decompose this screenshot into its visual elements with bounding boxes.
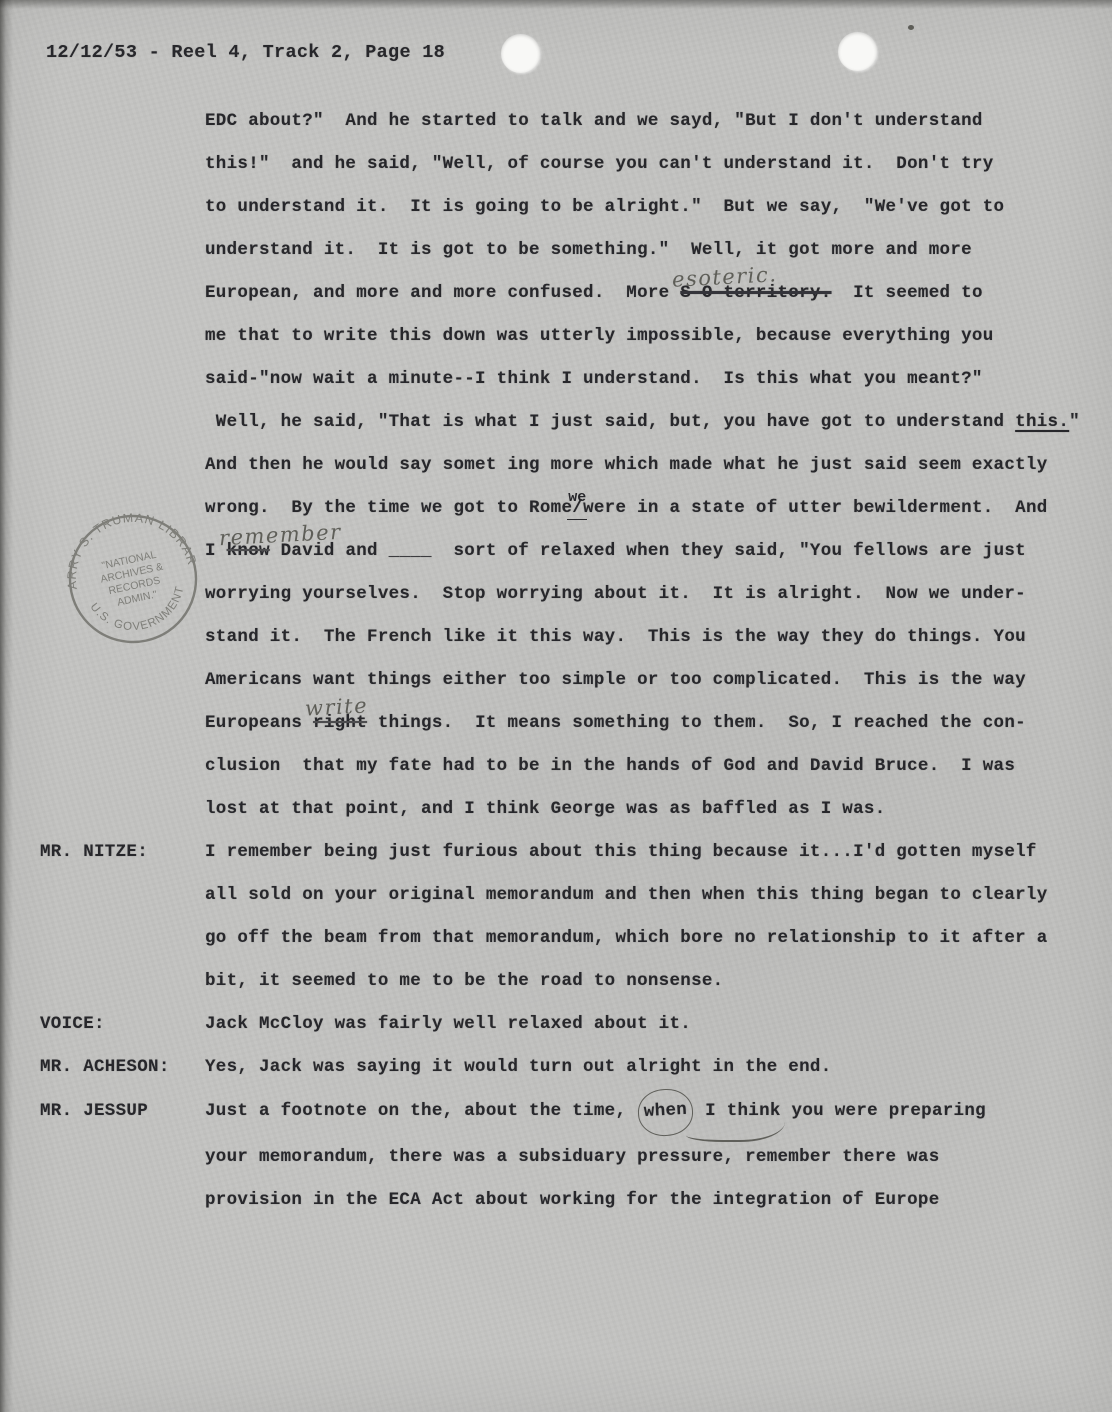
transcript-line: VOICE:Jack McCloy was fairly well relaxe… (40, 1003, 1080, 1046)
text-segment: Just a footnote on the, about the time, (205, 1101, 637, 1121)
text-segment: this!" and he said, "Well, of course you… (205, 154, 994, 174)
text-segment: worrying yourselves. Stop worrying about… (205, 584, 1026, 604)
text-segment: " (1069, 412, 1080, 432)
transcript-line: your memorandum, there was a subsiduary … (40, 1136, 1080, 1179)
line-text: I knowremember David and ____ sort of re… (205, 530, 1080, 573)
speaker-label: VOICE: (40, 1003, 205, 1046)
text-segment-swoosh: I think (694, 1090, 780, 1133)
text-segment: European, and more and more confused. Mo… (205, 283, 680, 303)
line-text: lost at that point, and I think George w… (205, 788, 1080, 831)
transcript-line: go off the beam from that memorandum, wh… (40, 917, 1080, 960)
transcript-lines: EDC about?" And he started to talk and w… (40, 100, 1080, 1222)
speaker-label: MR. JESSUP (40, 1090, 205, 1133)
text-segment: lost at that point, and I think George w… (205, 799, 886, 819)
line-text: provision in the ECA Act about working f… (205, 1179, 1080, 1222)
transcript-line: understand it. It is got to be something… (40, 229, 1080, 272)
line-text: me that to write this down was utterly i… (205, 315, 1080, 358)
text-segment: things. It means something to them. So, … (367, 713, 1026, 733)
text-segment: said-"now wait a minute--I think I under… (205, 369, 983, 389)
text-segment: go off the beam from that memorandum, wh… (205, 928, 1048, 948)
transcript-line: all sold on your original memorandum and… (40, 874, 1080, 917)
line-text: And then he would say somet ing more whi… (205, 444, 1080, 487)
text-segment: me that to write this down was utterly i… (205, 326, 994, 346)
text-segment: David and (270, 541, 389, 561)
text-segment: Yes, Jack was saying it would turn out a… (205, 1057, 832, 1077)
transcript-line: stand it. The French like it this way. T… (40, 616, 1080, 659)
line-text: EDC about?" And he started to talk and w… (205, 100, 1080, 143)
transcript-line: MR. NITZE:I remember being just furious … (40, 831, 1080, 874)
text-segment-insert: /we (572, 498, 583, 518)
text-segment: sort of relaxed when they said, "You fel… (432, 541, 1026, 561)
text-segment: were in a state of utter bewilderment. A… (583, 498, 1047, 518)
transcript-line: European, and more and more confused. Mo… (40, 272, 1080, 315)
line-text: stand it. The French like it this way. T… (205, 616, 1080, 659)
transcript-line: clusion that my fate had to be in the ha… (40, 745, 1080, 788)
text-segment: clusion that my fate had to be in the ha… (205, 756, 1015, 776)
transcript-line: wrong. By the time we got to Rome/wewere… (40, 487, 1080, 530)
transcript-line: lost at that point, and I think George w… (40, 788, 1080, 831)
transcript-line: MR. ACHESON:Yes, Jack was saying it woul… (40, 1046, 1080, 1089)
text-segment-underline: this. (1015, 412, 1069, 432)
text-segment: you were preparing (781, 1101, 986, 1121)
text-segment: Well, he said, "That is what I just said… (205, 412, 1015, 432)
text-segment: your memorandum, there was a subsiduary … (205, 1147, 940, 1167)
text-segment: all sold on your original memorandum and… (205, 885, 1048, 905)
transcript-line: worrying yourselves. Stop worrying about… (40, 573, 1080, 616)
line-text: understand it. It is got to be something… (205, 229, 1080, 272)
transcript-line: Europeans rightwrite things. It means so… (40, 702, 1080, 745)
scanned-document-page: 12/12/53 - Reel 4, Track 2, Page 18 HARR… (0, 0, 1112, 1412)
transcript-line: bit, it seemed to me to be the road to n… (40, 960, 1080, 1003)
paper-speck (908, 25, 914, 30)
line-text: all sold on your original memorandum and… (205, 874, 1080, 917)
text-segment-strike-light: rightwrite (313, 713, 367, 733)
page-header: 12/12/53 - Reel 4, Track 2, Page 18 (46, 42, 445, 63)
transcript-line: me that to write this down was utterly i… (40, 315, 1080, 358)
text-segment: And then he would say somet ing more whi… (205, 455, 1048, 475)
line-text: Jack McCloy was fairly well relaxed abou… (205, 1003, 1080, 1046)
scan-edge-left (0, 0, 13, 1412)
text-segment: ____ (389, 541, 432, 561)
hole-punch-left (501, 34, 540, 73)
transcript-line: provision in the ECA Act about working f… (40, 1179, 1080, 1222)
transcript-line: EDC about?" And he started to talk and w… (40, 100, 1080, 143)
transcript-line: And then he would say somet ing more whi… (40, 444, 1080, 487)
text-segment: to understand it. It is going to be alri… (205, 197, 1004, 217)
text-segment: Jack McCloy was fairly well relaxed abou… (205, 1014, 691, 1034)
transcript-line: Americans want things either too simple … (40, 659, 1080, 702)
scan-edge-top (0, 0, 1112, 9)
line-text: Just a footnote on the, about the time, … (205, 1089, 1080, 1136)
transcript-line: Well, he said, "That is what I just said… (40, 401, 1080, 444)
line-text: I remember being just furious about this… (205, 831, 1080, 874)
line-text: Europeans rightwrite things. It means so… (205, 702, 1080, 745)
line-text: this!" and he said, "Well, of course you… (205, 143, 1080, 186)
transcript-line: MR. JESSUPJust a footnote on the, about … (40, 1089, 1080, 1136)
line-text: European, and more and more confused. Mo… (205, 272, 1080, 315)
handwritten-annotation: esoteric. (671, 253, 779, 301)
hole-punch-right (838, 32, 877, 71)
line-text: said-"now wait a minute--I think I under… (205, 358, 1080, 401)
text-segment-circled: when (637, 1088, 695, 1138)
text-segment-strike: S-O territory.esoteric. (680, 283, 831, 303)
text-segment: Europeans (205, 713, 313, 733)
line-text: to understand it. It is going to be alri… (205, 186, 1080, 229)
text-segment: provision in the ECA Act about working f… (205, 1190, 940, 1210)
transcript-line: said-"now wait a minute--I think I under… (40, 358, 1080, 401)
line-text: your memorandum, there was a subsiduary … (205, 1136, 1080, 1179)
line-text: Yes, Jack was saying it would turn out a… (205, 1046, 1080, 1089)
text-segment: I remember being just furious about this… (205, 842, 1037, 862)
line-text: bit, it seemed to me to be the road to n… (205, 960, 1080, 1003)
text-segment: bit, it seemed to me to be the road to n… (205, 971, 723, 991)
text-segment: It seemed to (832, 283, 983, 303)
text-segment: understand it. It is got to be something… (205, 240, 972, 260)
transcript-line: this!" and he said, "Well, of course you… (40, 143, 1080, 186)
line-text: Well, he said, "That is what I just said… (205, 401, 1080, 444)
transcript-line: I knowremember David and ____ sort of re… (40, 530, 1080, 573)
speaker-label: MR. NITZE: (40, 831, 205, 874)
transcript-line: to understand it. It is going to be alri… (40, 186, 1080, 229)
handwritten-annotation: write (304, 684, 369, 730)
line-text: worrying yourselves. Stop worrying about… (205, 573, 1080, 616)
text-segment: EDC about?" And he started to talk and w… (205, 111, 983, 131)
speaker-label: MR. ACHESON: (40, 1046, 205, 1089)
text-segment-strike-light: knowremember (227, 541, 270, 561)
line-text: clusion that my fate had to be in the ha… (205, 745, 1080, 788)
text-segment: stand it. The French like it this way. T… (205, 627, 1026, 647)
line-text: go off the beam from that memorandum, wh… (205, 917, 1080, 960)
